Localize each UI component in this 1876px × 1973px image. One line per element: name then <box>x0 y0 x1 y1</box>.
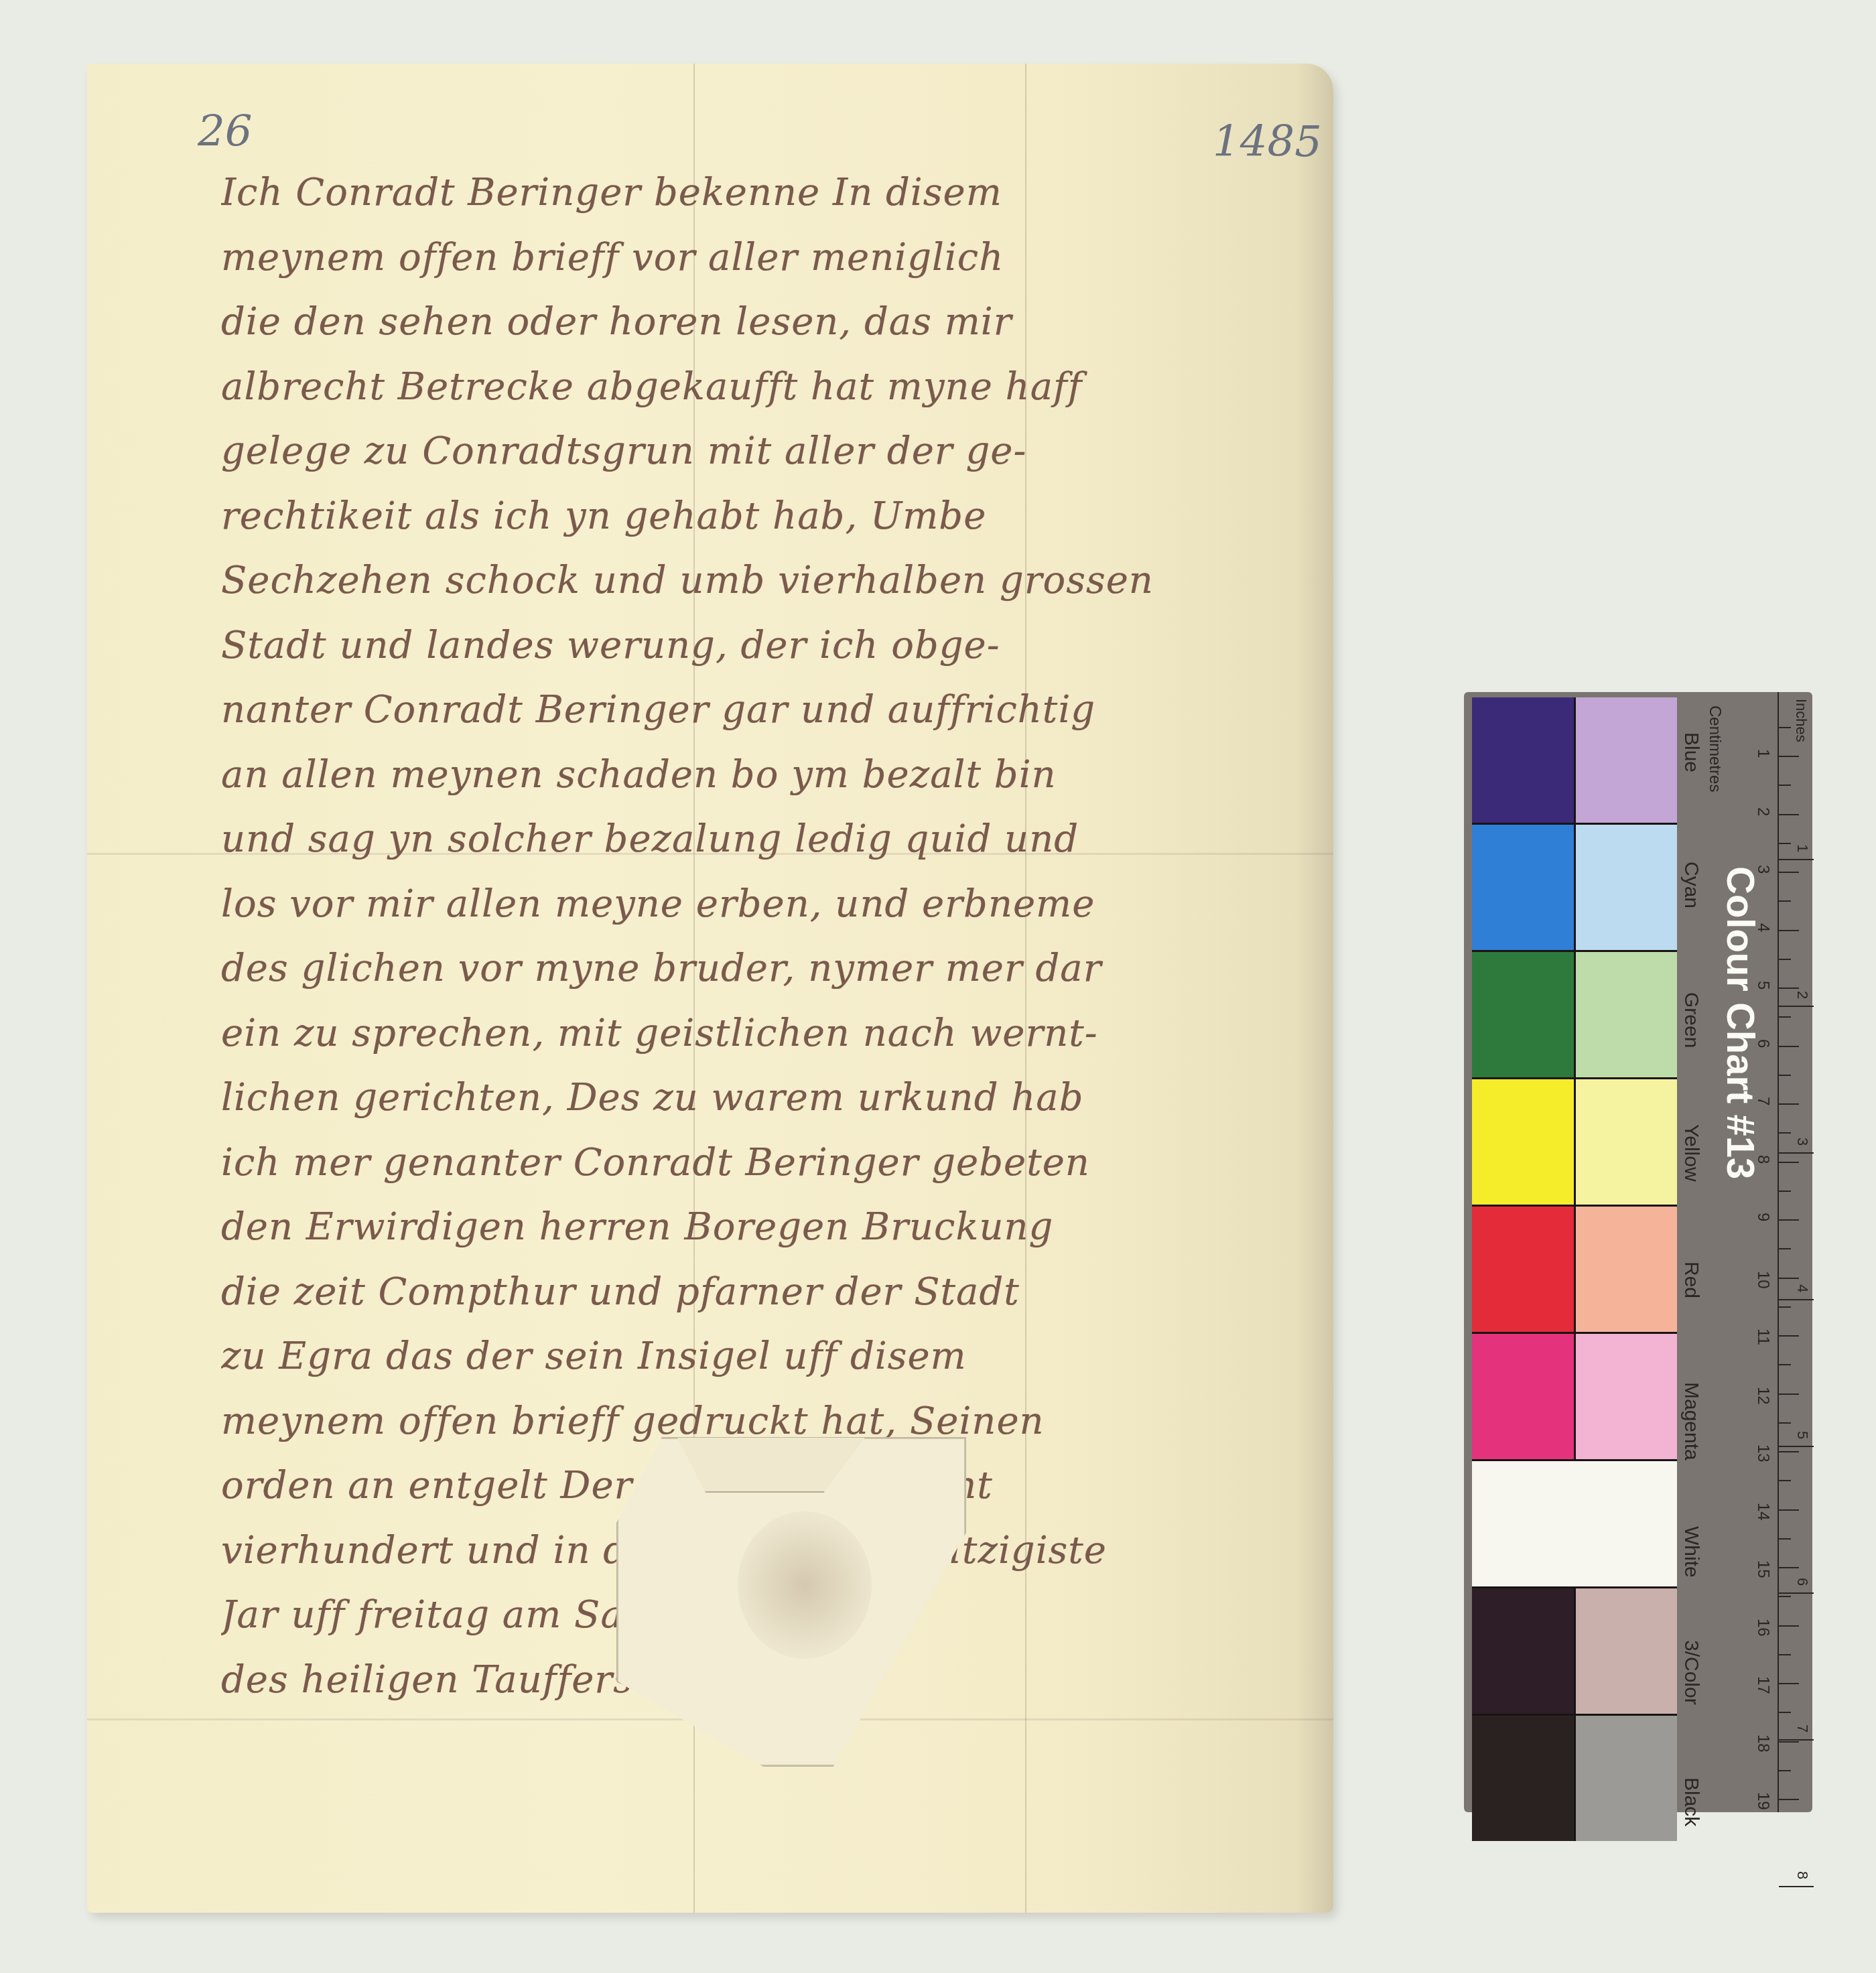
swatch-3color-light <box>1576 1588 1678 1714</box>
cm-tick-label: 18 <box>1753 1734 1772 1753</box>
cm-tick-label: 12 <box>1753 1387 1772 1405</box>
colour-chart: Colour Chart #13 Centimetres Inches Blue… <box>1464 692 1812 1812</box>
ruler-tick <box>1779 872 1799 873</box>
swatch-row-white <box>1472 1461 1677 1588</box>
cm-tick-label: 19 <box>1753 1792 1772 1810</box>
inch-tick-label: 6 <box>1794 1578 1811 1586</box>
inch-tick <box>1779 1739 1814 1741</box>
text-line: rechtikeit als ich yn gehabt hab, Umbe <box>221 484 1280 549</box>
swatch-magenta-light <box>1576 1334 1678 1459</box>
seal-flap <box>677 1438 865 1493</box>
wax-seal-impression <box>738 1511 872 1659</box>
text-line: nanter Conradt Beringer gar und auffrich… <box>221 678 1280 743</box>
manuscript-page: 26 1485 Ich Conradt Beringer bekenne In … <box>87 64 1333 1913</box>
inch-tick <box>1779 859 1814 860</box>
ruler-tick <box>1779 1422 1791 1424</box>
ruler-tick <box>1779 900 1791 902</box>
ruler-tick <box>1779 1278 1799 1279</box>
inch-tick-label: 2 <box>1794 991 1811 999</box>
swatch-green-dark <box>1472 952 1576 1077</box>
patch-label: Cyan <box>1680 862 1702 908</box>
ruler: 1234567891011121314151617181912345678 <box>1778 692 1814 1812</box>
ruler-tick <box>1779 1567 1799 1568</box>
swatch-row-black <box>1472 1716 1677 1841</box>
ruler-tick <box>1779 843 1791 844</box>
swatch-row-green <box>1472 952 1677 1079</box>
chart-title: Colour Chart #13 <box>1718 866 1763 1179</box>
text-line: den Erwirdigen herren Boregen Bruckung <box>221 1195 1280 1260</box>
swatch-cyan-dark <box>1472 825 1576 950</box>
text-line: gelege zu Conradtsgrun mit aller der ge- <box>221 419 1280 484</box>
cm-tick-label: 3 <box>1753 865 1772 874</box>
swatch-row-yellow <box>1472 1079 1677 1207</box>
text-line: albrecht Betrecke abgekaufft hat myne ha… <box>221 355 1280 420</box>
cm-tick-label: 11 <box>1753 1329 1772 1345</box>
swatch-row-3color <box>1472 1588 1677 1716</box>
inch-tick-label: 3 <box>1794 1138 1811 1146</box>
cm-tick-label: 6 <box>1753 1039 1772 1048</box>
cm-tick-label: 15 <box>1753 1560 1772 1578</box>
text-line: des glichen vor myne bruder, nymer mer d… <box>221 937 1280 1002</box>
patch-label: White <box>1680 1526 1702 1578</box>
ruler-tick <box>1779 1596 1791 1597</box>
inch-tick <box>1779 1006 1814 1007</box>
ruler-tick <box>1779 1799 1799 1800</box>
cm-tick-label: 4 <box>1753 923 1772 932</box>
swatch-yellow-light <box>1576 1079 1678 1205</box>
year-annotation: 1485 <box>1213 117 1322 167</box>
cm-tick-label: 7 <box>1753 1097 1772 1105</box>
swatch-3color-dark <box>1472 1588 1576 1714</box>
text-line: Stadt und landes werung, der ich obge- <box>221 614 1280 679</box>
cm-tick-label: 8 <box>1753 1155 1772 1164</box>
ruler-tick <box>1779 785 1791 786</box>
patch-label: Red <box>1680 1262 1702 1298</box>
text-line: die den sehen oder horen lesen, das mir <box>221 290 1280 355</box>
cm-tick-label: 2 <box>1753 807 1772 816</box>
patch-label: 3/Color <box>1680 1640 1702 1705</box>
ruler-tick <box>1779 1132 1791 1134</box>
ruler-tick <box>1779 1103 1799 1105</box>
inch-tick <box>1779 1592 1814 1594</box>
ruler-tick <box>1779 1335 1799 1337</box>
ruler-tick <box>1779 814 1799 815</box>
text-line: ich mer genanter Conradt Beringer gebete… <box>221 1131 1280 1196</box>
ruler-tick <box>1779 959 1791 960</box>
colour-swatches <box>1472 697 1677 1808</box>
text-line: Ich Conradt Beringer bekenne In disem <box>221 161 1280 226</box>
ruler-tick <box>1779 1538 1791 1540</box>
ruler-tick <box>1779 1712 1791 1713</box>
ruler-tick <box>1779 1480 1791 1481</box>
ruler-tick <box>1779 1248 1791 1249</box>
swatch-cyan-light <box>1576 825 1678 950</box>
ruler-tick <box>1779 1451 1799 1452</box>
cm-tick-label: 14 <box>1753 1503 1772 1521</box>
inch-tick-label: 1 <box>1794 844 1811 852</box>
text-line: die zeit Compthur und pfarner der Stadt <box>221 1260 1280 1325</box>
swatch-red-dark <box>1472 1207 1576 1332</box>
cm-tick-label: 9 <box>1753 1213 1772 1221</box>
chart-label-band: Colour Chart #13 Centimetres Inches Blue… <box>1677 692 1812 1812</box>
cm-tick-label: 16 <box>1753 1619 1772 1637</box>
inch-tick-label: 8 <box>1794 1871 1811 1879</box>
swatch-row-cyan <box>1472 825 1677 952</box>
swatch-white <box>1472 1461 1677 1586</box>
patch-label: Blue <box>1680 732 1702 772</box>
text-line: Sechzehen schock und umb vierhalben gros… <box>221 549 1280 614</box>
patch-label: Black <box>1680 1777 1702 1826</box>
ruler-tick <box>1779 988 1799 989</box>
ruler-tick <box>1779 1306 1791 1308</box>
ruler-tick <box>1779 1219 1799 1221</box>
cm-tick-label: 10 <box>1753 1271 1772 1289</box>
cm-tick-label: 17 <box>1753 1676 1772 1694</box>
ruler-tick <box>1779 1625 1799 1627</box>
text-line: zu Egra das der sein Insigel uff disem <box>221 1324 1280 1389</box>
text-line: los vor mir allen meyne erben, und erbne… <box>221 872 1280 937</box>
seal <box>616 1437 966 1767</box>
swatch-black-light <box>1576 1716 1678 1841</box>
ruler-tick <box>1779 1393 1799 1395</box>
inch-tick-label: 5 <box>1794 1431 1811 1439</box>
swatch-yellow-dark <box>1472 1079 1576 1205</box>
swatch-row-red <box>1472 1207 1677 1334</box>
inch-tick <box>1779 1299 1814 1300</box>
inch-tick <box>1779 1886 1814 1887</box>
swatch-blue-dark <box>1472 697 1576 823</box>
patch-label: Green <box>1680 992 1702 1048</box>
text-line: lichen gerichten, Des zu warem urkund ha… <box>221 1066 1280 1131</box>
ruler-tick <box>1779 1741 1799 1743</box>
text-line: und sag yn solcher bezalung ledig quid u… <box>221 807 1280 872</box>
centimetres-label: Centimetres <box>1705 705 1724 792</box>
swatch-row-blue <box>1472 697 1677 825</box>
inch-tick-label: 7 <box>1794 1724 1811 1732</box>
swatch-row-magenta <box>1472 1334 1677 1461</box>
text-line: an allen meynen schaden bo ym bezalt bin <box>221 743 1280 808</box>
swatch-red-light <box>1576 1207 1678 1332</box>
inch-tick <box>1779 1152 1814 1154</box>
ruler-tick <box>1779 1016 1791 1018</box>
cm-tick-label: 13 <box>1753 1444 1772 1462</box>
archive-number: 26 <box>198 107 252 157</box>
ruler-tick <box>1779 1509 1799 1511</box>
ruler-tick <box>1779 1046 1799 1047</box>
inch-tick-label: 4 <box>1794 1284 1811 1292</box>
ruler-tick <box>1779 756 1799 757</box>
ruler-tick <box>1779 1162 1799 1163</box>
swatch-green-light <box>1576 952 1678 1077</box>
cm-tick-label: 1 <box>1753 749 1772 758</box>
ruler-tick <box>1779 1190 1791 1192</box>
swatch-black-dark <box>1472 1716 1576 1841</box>
ruler-tick <box>1779 1075 1791 1076</box>
patch-label: Magenta <box>1680 1382 1702 1460</box>
ruler-tick <box>1779 727 1791 728</box>
ruler-tick <box>1779 1654 1791 1655</box>
ruler-tick <box>1779 930 1799 931</box>
text-line: ein zu sprechen, mit geistlichen nach we… <box>221 1002 1280 1067</box>
text-line: meynem offen brieff vor aller meniglich <box>221 226 1280 291</box>
inch-tick <box>1779 1446 1814 1447</box>
swatch-blue-light <box>1576 697 1678 823</box>
patch-label: Yellow <box>1680 1124 1702 1182</box>
swatch-magenta-dark <box>1472 1334 1576 1459</box>
ruler-tick <box>1779 1683 1799 1684</box>
cm-tick-label: 5 <box>1753 981 1772 990</box>
ruler-tick <box>1779 1770 1791 1771</box>
ruler-tick <box>1779 1364 1791 1365</box>
